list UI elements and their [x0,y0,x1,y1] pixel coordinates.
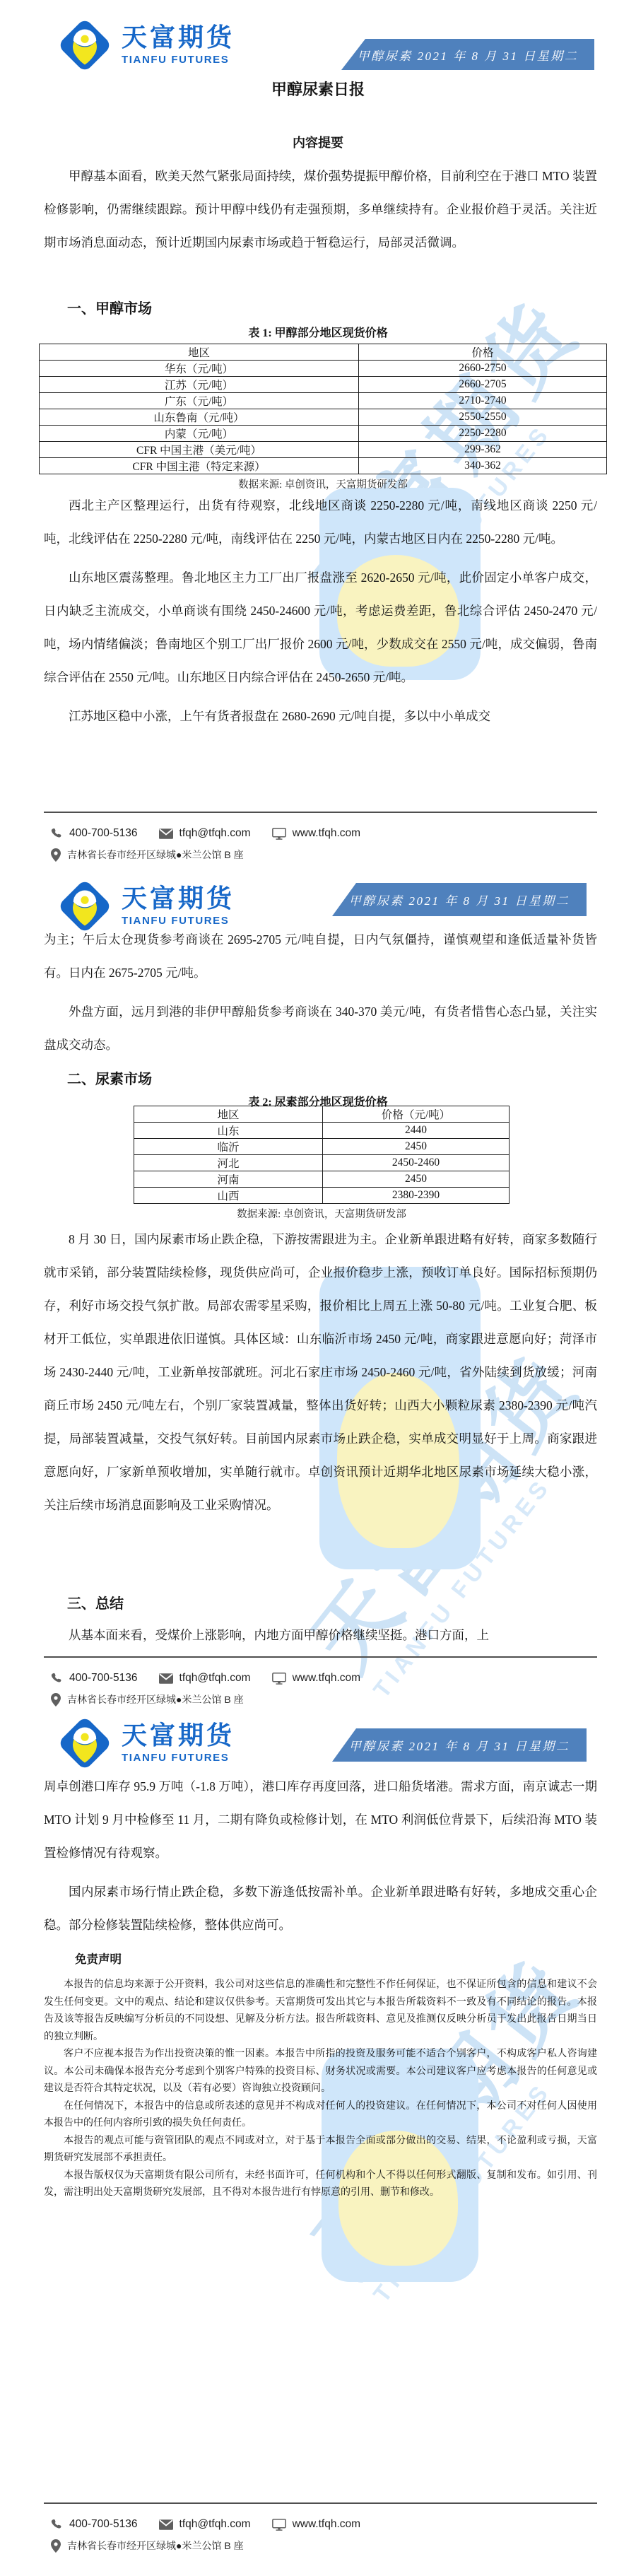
disclaimer-paragraph: 本报告的信息均来源于公开资料，我公司对这些信息的准确性和完整性不作任何保证，也不… [44,1977,597,2046]
urea-paragraphs: 8 月 30 日，国内尿素市场止跌企稳，下游按需跟进为主。企业新单跟进略有好转，… [44,1223,597,1522]
disclaimer-body: 本报告的信息均来源于公开资料，我公司对这些信息的准确性和完整性不作任何保证，也不… [44,1977,597,2202]
brand-logo: 天富期货 TIANFU FUTURES [57,878,235,935]
paragraph-shandong: 山东地区震荡整理。鲁北地区主力工厂出厂报盘涨至 2620-2650 元/吨，此价… [44,561,597,694]
mail-icon [159,829,173,839]
footer-phone[interactable]: 400-700-5136 [51,827,138,840]
paragraph-conclusion-2: 国内尿素市场行情止跌企稳，多数下游逢低按需补单。企业新单跟进略有好转，多地成交重… [44,1875,597,1942]
table1-title: 表 1: 甲醇部分地区现货价格 [0,324,636,340]
table1-col-price: 价格 [359,344,607,361]
footer-website[interactable]: www.tfqh.com [272,2518,360,2531]
paragraph-external-market: 外盘方面，远月到港的非伊甲醇船货参考商谈在 340-370 美元/吨，有货者惜售… [44,995,597,1062]
table2-col-price: 价格（元/吨） [323,1106,510,1123]
brand-logo-icon [57,17,113,74]
paragraph-urea-market: 8 月 30 日，国内尿素市场止跌企稳，下游按需跟进为主。企业新单跟进略有好转，… [44,1223,597,1522]
paragraph-conclusion-1-continued: 周卓创港口库存 95.9 万吨（-1.8 万吨），港口库存再度回落，进口船货堵港… [44,1770,597,1870]
brand-logo: 天富期货 TIANFU FUTURES [57,17,235,74]
region-cell: CFR 中国主港（特定来源） [40,458,359,474]
price-cell: 2450-2460 [323,1155,510,1171]
table1-col-region: 地区 [40,344,359,361]
paragraph-northwest: 西北主产区整理运行，出货有待观察，北线地区商谈 2250-2280 元/吨，南线… [44,489,597,556]
footer-phone-number: 400-700-5136 [69,827,138,840]
region-cell: 华东（元/吨） [40,361,359,377]
summary-heading: 内容提要 [0,133,636,151]
phone-icon [51,828,63,840]
location-pin-icon [51,1693,61,1706]
header-banner: 甲醇尿素 2021 年 8 月 31 日星期二 [332,1728,587,1762]
conclusion-paragraphs-continued: 周卓创港口库存 95.9 万吨（-1.8 万吨），港口库存再度回落，进口船货堵港… [44,1770,597,1942]
region-cell: 山西 [134,1188,323,1204]
table-row: 江苏（元/吨）2660-2705 [40,377,607,393]
phone-icon [51,2519,63,2531]
footer-email[interactable]: tfqh@tfqh.com [159,1672,251,1685]
table-header-row: 地区 价格 [40,344,607,361]
page-2: 天富期货 TIANFU FUTURES 天富期货 TIANFU FUTURES … [0,877,636,1711]
price-cell: 340-362 [359,458,607,474]
table-row: 内蒙（元/吨）2250-2280 [40,426,607,442]
location-pin-icon [51,2539,61,2553]
footer-phone[interactable]: 400-700-5136 [51,1672,138,1685]
price-cell: 299-362 [359,442,607,458]
footer-email-text: tfqh@tfqh.com [179,827,251,840]
footer-website-text: www.tfqh.com [293,1672,360,1685]
region-cell: 山东鲁南（元/吨） [40,409,359,426]
price-cell: 2450 [323,1171,510,1188]
page-footer: 400-700-5136 tfqh@tfqh.com www.tfqh.com … [0,2502,636,2553]
table-row: 山东2440 [134,1123,510,1139]
footer-email-text: tfqh@tfqh.com [179,2518,251,2531]
brand-wordmark: 天富期货 TIANFU FUTURES [122,1723,235,1764]
disclaimer-paragraph: 本报告的观点可能与资管团队的观点不同或对立，对于基于本报告全面或部分做出的交易、… [44,2133,597,2167]
footer-address-row: 吉林省长春市经开区绿城●米兰公馆 B 座 [51,848,636,862]
table-row: CFR 中国主港（美元/吨）299-362 [40,442,607,458]
report-document: 天富期货 TIANFU FUTURES 天富期货 TIANFU FUTURES … [0,0,636,2576]
location-pin-icon [51,848,61,862]
conclusion-paragraphs: 从基本面来看，受煤价上涨影响，内地方面甲醇价格继续坚挺。港口方面，上 [44,1619,597,1652]
brand-wordmark: 天富期货 TIANFU FUTURES [122,886,235,927]
footer-phone-number: 400-700-5136 [69,2518,138,2531]
table2-col-region: 地区 [134,1106,323,1123]
region-cell: 临沂 [134,1139,323,1155]
footer-contact-row: 400-700-5136 tfqh@tfqh.com www.tfqh.com [51,2518,636,2531]
footer-address-row: 吉林省长春市经开区绿城●米兰公馆 B 座 [51,1692,636,1706]
monitor-icon [272,2519,286,2531]
table-row: 华东（元/吨）2660-2750 [40,361,607,377]
brand-name-zh: 天富期货 [122,1723,235,1748]
summary-paragraph: 甲醇基本面看，欧美天然气紧张局面持续，煤价强势提振甲醇价格，目前利空在于港口 M… [44,160,597,259]
region-cell: CFR 中国主港（美元/吨） [40,442,359,458]
footer-address-text: 吉林省长春市经开区绿城●米兰公馆 B 座 [67,2539,244,2553]
footer-address-text: 吉林省长春市经开区绿城●米兰公馆 B 座 [67,848,244,862]
methanol-paragraphs: 西北主产区整理运行，出货有待观察，北线地区商谈 2250-2280 元/吨，南线… [44,489,597,733]
table-header-row: 地区 价格（元/吨） [134,1106,510,1123]
monitor-icon [272,1673,286,1685]
brand-logo-icon [57,878,113,935]
mail-icon [159,1673,173,1684]
table1: 地区 价格 华东（元/吨）2660-2750 江苏（元/吨）2660-2705 … [39,344,607,474]
footer-divider [44,1656,597,1658]
table2-source: 数据来源: 卓创资讯，天富期货研发部 [134,1206,510,1221]
brand-logo-icon [57,1715,113,1772]
footer-phone[interactable]: 400-700-5136 [51,2518,138,2531]
page-1: 天富期货 TIANFU FUTURES 天富期货 TIANFU FUTURES … [0,0,636,877]
price-cell: 2450 [323,1139,510,1155]
region-cell: 内蒙（元/吨） [40,426,359,442]
table-row: CFR 中国主港（特定来源）340-362 [40,458,607,474]
section-heading-methanol: 一、甲醇市场 [67,297,152,317]
footer-email[interactable]: tfqh@tfqh.com [159,827,251,840]
footer-contact-row: 400-700-5136 tfqh@tfqh.com www.tfqh.com [51,1672,636,1685]
footer-website-text: www.tfqh.com [293,827,360,840]
page-3: 天富期货 TIANFU FUTURES 天富期货 TIANFU FUTURES … [0,1711,636,2576]
brand-name-zh: 天富期货 [122,886,235,911]
footer-divider [44,2502,597,2504]
table-row: 山东鲁南（元/吨）2550-2550 [40,409,607,426]
disclaimer-heading: 免责声明 [75,1950,122,1967]
table2: 地区 价格（元/吨） 山东2440 临沂2450 河北2450-2460 河南2… [134,1106,510,1204]
page-footer: 400-700-5136 tfqh@tfqh.com www.tfqh.com … [0,812,636,862]
header-banner: 甲醇尿素 2021 年 8 月 31 日星期二 [341,39,594,70]
price-cell: 2550-2550 [359,409,607,426]
footer-email-text: tfqh@tfqh.com [179,1672,251,1685]
price-cell: 2380-2390 [323,1188,510,1204]
price-cell: 2660-2750 [359,361,607,377]
report-title: 甲醇尿素日报 [0,78,636,100]
footer-email[interactable]: tfqh@tfqh.com [159,2518,251,2531]
methanol-paragraphs-continued: 为主；午后太仓现货参考商谈在 2695-2705 元/吨自提，日内气氛僵持，谨慎… [44,923,597,1062]
region-cell: 河南 [134,1171,323,1188]
phone-icon [51,1673,63,1685]
brand-name-en: TIANFU FUTURES [122,1752,235,1764]
footer-contact-row: 400-700-5136 tfqh@tfqh.com www.tfqh.com [51,827,636,840]
paragraph-conclusion-1: 从基本面来看，受煤价上涨影响，内地方面甲醇价格继续坚挺。港口方面，上 [44,1619,597,1652]
table-row: 广东（元/吨）2710-2740 [40,393,607,409]
disclaimer-paragraph: 本报告版权仅为天富期货有限公司所有，未经书面许可，任何机构和个人不得以任何形式翻… [44,2167,597,2202]
disclaimer-paragraph: 客户不应视本报告为作出投资决策的惟一因素。本报告中所指的投资及服务可能不适合个别… [44,2046,597,2098]
header-banner: 甲醇尿素 2021 年 8 月 31 日星期二 [332,883,587,916]
region-cell: 山东 [134,1123,323,1139]
section-heading-conclusion: 三、总结 [67,1592,124,1612]
table-row: 河南2450 [134,1171,510,1188]
brand-name-en: TIANFU FUTURES [122,915,235,927]
footer-divider [44,812,597,813]
brand-name-zh: 天富期货 [122,25,235,50]
brand-wordmark: 天富期货 TIANFU FUTURES [122,25,235,66]
mail-icon [159,2519,173,2530]
table-row: 临沂2450 [134,1139,510,1155]
summary-paragraph-block: 甲醇基本面看，欧美天然气紧张局面持续，煤价强势提振甲醇价格，目前利空在于港口 M… [44,160,597,259]
footer-website-text: www.tfqh.com [293,2518,360,2531]
paragraph-jiangsu: 江苏地区稳中小涨，上午有货者报盘在 2680-2690 元/吨自提，多以中小单成… [44,700,597,733]
footer-website[interactable]: www.tfqh.com [272,1672,360,1685]
footer-website[interactable]: www.tfqh.com [272,827,360,840]
page-footer: 400-700-5136 tfqh@tfqh.com www.tfqh.com … [0,1656,636,1706]
footer-address-text: 吉林省长春市经开区绿城●米兰公馆 B 座 [67,1692,244,1706]
brand-name-en: TIANFU FUTURES [122,54,235,66]
price-cell: 2660-2705 [359,377,607,393]
price-cell: 2440 [323,1123,510,1139]
region-cell: 河北 [134,1155,323,1171]
region-cell: 江苏（元/吨） [40,377,359,393]
price-cell: 2250-2280 [359,426,607,442]
table-row: 山西2380-2390 [134,1188,510,1204]
region-cell: 广东（元/吨） [40,393,359,409]
footer-phone-number: 400-700-5136 [69,1672,138,1685]
disclaimer-paragraph: 在任何情况下，本报告中的信息或所表述的意见并不构成对任何人的投资建议。在任何情况… [44,2098,597,2133]
section-heading-urea: 二、尿素市场 [67,1067,152,1088]
price-cell: 2710-2740 [359,393,607,409]
brand-logo: 天富期货 TIANFU FUTURES [57,1715,235,1772]
monitor-icon [272,828,286,840]
table-row: 河北2450-2460 [134,1155,510,1171]
footer-address-row: 吉林省长春市经开区绿城●米兰公馆 B 座 [51,2539,636,2553]
